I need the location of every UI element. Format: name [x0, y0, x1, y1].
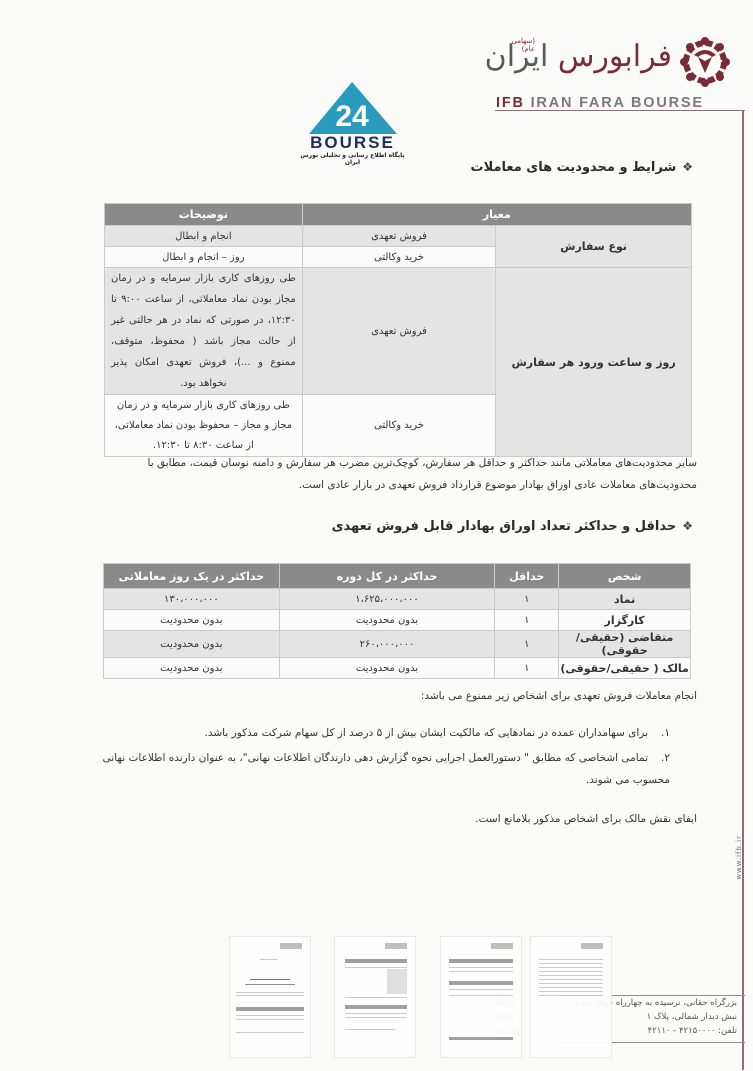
min-cell: ۱ [495, 610, 559, 631]
min-cell: ۱ [495, 589, 559, 610]
section-title-min-max: ❖حداقل و حداکثر تعداد اوراق بهادار قابل … [332, 519, 693, 534]
bourse24-word: BOURSE [295, 133, 410, 153]
order-type-cell: فروش تعهدی [302, 268, 496, 395]
document-page: (سهامی عام) فرابورس ایران IFB IRAN FARA … [0, 0, 753, 1071]
right-margin-rule [742, 110, 744, 1070]
table-row: متقاضی (حقیقی/حقوقی) ۱ ۲۶۰،۰۰۰،۰۰۰ بدون … [104, 631, 691, 658]
order-desc-cell: روز – انجام و ابطال [105, 247, 303, 268]
prohibition-intro: انجام معاملات فروش تعهدی برای اشخاص زیر … [95, 685, 697, 707]
order-type-cell: خرید وکالتی [302, 395, 496, 457]
order-type-cell: فروش تعهدی [302, 226, 496, 247]
max-period-cell: بدون محدودیت [279, 658, 495, 679]
header-person: شخص [559, 564, 691, 589]
order-desc-cell: طی روزهای کاری بازار سرمایه و در زمان مج… [105, 268, 303, 395]
person-cell: کارگزار [559, 610, 691, 631]
min-max-table: شخص حداقل حداکثر در کل دوره حداکثر در یک… [103, 563, 691, 679]
order-desc-cell: طی روزهای کاری بازار سرمایه و در زمان مج… [105, 395, 303, 457]
ifb-logo: (سهامی عام) فرابورس ایران IFB IRAN FARA … [500, 35, 740, 115]
person-cell: مالک ( حقیقی/حقوقی) [559, 658, 691, 679]
criterion-order-type: نوع سفارش [496, 226, 692, 268]
table-row: مالک ( حقیقی/حقوقی) ۱ بدون محدودیت بدون … [104, 658, 691, 679]
trading-limits-note: سایر محدودیت‌های معاملاتی مانند حداکثر و… [95, 452, 697, 496]
min-cell: ۱ [495, 658, 559, 679]
ifb-brand-en: IFB IRAN FARA BOURSE [496, 95, 736, 111]
max-day-cell: بدون محدودیت [104, 610, 280, 631]
max-period-cell: ۲۶۰،۰۰۰،۰۰۰ [279, 631, 495, 658]
section-title-trading-conditions: ❖شرایط و محدودیت های معاملات [471, 160, 693, 175]
list-item: ۲.تمامی اشخاصی که مطابق " دستورالعمل اجر… [95, 747, 670, 791]
header-criterion: معیار [302, 204, 691, 226]
max-day-cell: بدون محدودیت [104, 631, 280, 658]
page-thumbnail-4[interactable] [530, 936, 612, 1058]
bourse24-triangle-icon: 24 [295, 80, 410, 135]
page-thumbnail-1[interactable] [229, 936, 311, 1058]
criterion-order-time: روز و ساعت ورود هر سفارش [496, 268, 692, 457]
min-cell: ۱ [495, 631, 559, 658]
person-cell: متقاضی (حقیقی/حقوقی) [559, 631, 691, 658]
side-url: www.ifb.ir [735, 835, 747, 880]
page-thumbnail-3[interactable] [440, 936, 522, 1058]
table-row: کارگزار ۱ بدون محدودیت بدون محدودیت [104, 610, 691, 631]
trading-conditions-table: معیار توضیحات نوع سفارش فروش تعهدی انجام… [104, 203, 692, 457]
bourse24-subtitle: پایگاه اطلاع رسانی و تحلیلی بورس ایران [295, 152, 410, 166]
bullet-diamond-icon: ❖ [682, 519, 693, 533]
max-period-cell: ۱،۶۲۵،۰۰۰،۰۰۰ [279, 589, 495, 610]
header-max-day: حداکثر در یک روز معاملاتی [104, 564, 280, 589]
order-type-cell: خرید وکالتی [302, 247, 496, 268]
max-day-cell: بدون محدودیت [104, 658, 280, 679]
order-desc-cell: انجام و ابطال [105, 226, 303, 247]
page-thumbnail-2[interactable] [334, 936, 416, 1058]
person-cell: نماد [559, 589, 691, 610]
max-day-cell: ۱۳۰،۰۰۰،۰۰۰ [104, 589, 280, 610]
header-max-period: حداکثر در کل دوره [279, 564, 495, 589]
closing-note: ایفای نقش مالک برای اشخاص مذکور بلامانع … [95, 808, 697, 830]
ifb-brand-fa: فرابورس ایران [485, 39, 672, 74]
header-divider [495, 110, 745, 111]
svg-text:24: 24 [335, 100, 369, 133]
table-row: نماد ۱ ۱،۶۲۵،۰۰۰،۰۰۰ ۱۳۰،۰۰۰،۰۰۰ [104, 589, 691, 610]
header-description: توضیحات [105, 204, 303, 226]
header-min: حداقل [495, 564, 559, 589]
ifb-emblem-icon [678, 35, 732, 89]
bourse24-logo: 24 BOURSE پایگاه اطلاع رسانی و تحلیلی بو… [295, 80, 410, 160]
max-period-cell: بدون محدودیت [279, 610, 495, 631]
bullet-diamond-icon: ❖ [682, 160, 693, 174]
list-item: ۱.برای سهامداران عمده در نمادهایی که مال… [95, 722, 670, 744]
